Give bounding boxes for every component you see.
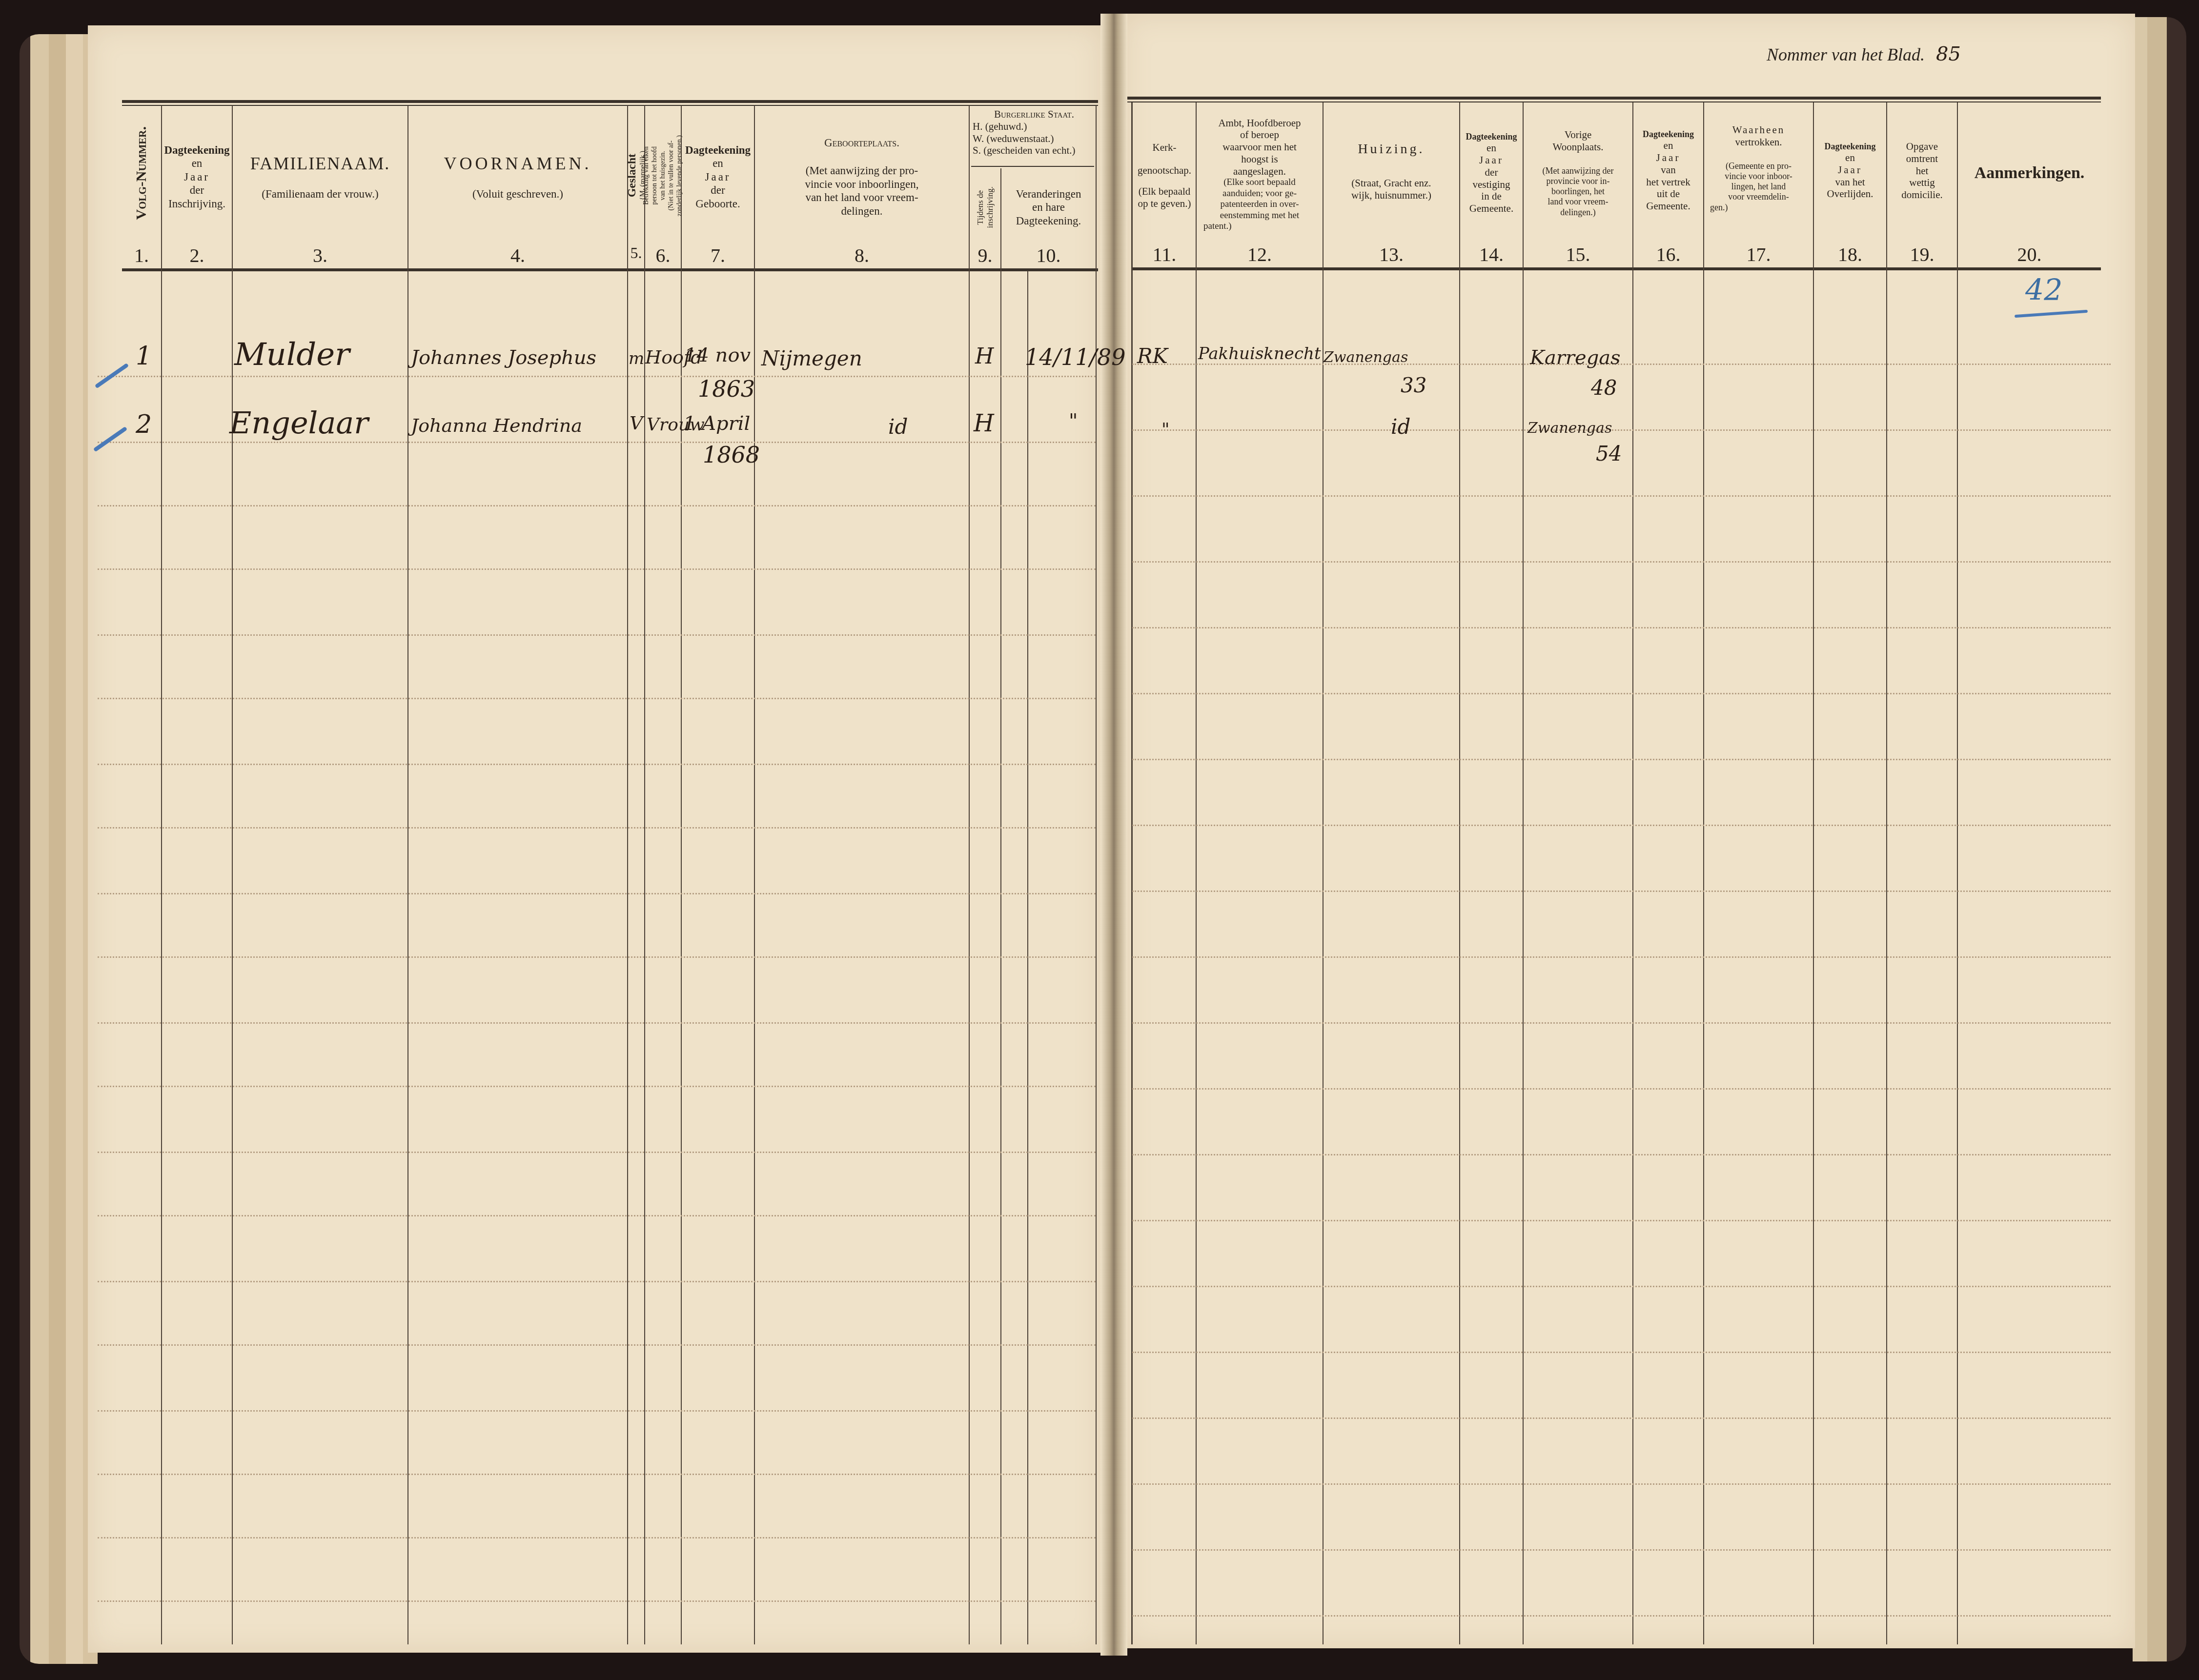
row-line [98,956,1096,958]
header-text: en [1664,140,1673,152]
col-divider [754,105,755,1644]
header-text: wettig [1909,177,1935,189]
header-col-18: Dagteekening en Jaar van het Overlijden. [1814,117,1886,224]
header-top-rule-right-thin [1127,101,2101,102]
row-line [1132,1483,2111,1485]
header-text: (Met aanwijzing der [1543,166,1614,176]
header-text: Dagteekening [1825,142,1876,152]
entry-beroep: Pakhuisknecht [1198,344,1321,364]
row-line [1132,891,2111,892]
header-text: vincie voor inboor- [1725,171,1792,182]
header-text: Aanmerkingen. [1975,163,2085,184]
header-text: van het huisgezin. [659,151,667,200]
col-number: 12. [1197,243,1323,263]
header-text: S. (gescheiden van echt.) [973,144,1096,157]
entry-voornamen: Johannes Josephus [411,346,596,369]
entry-familienaam: Engelaar [229,405,368,441]
row-line [98,1537,1096,1538]
header-text: Burgerlijke Staat. [973,108,1096,121]
header-text: eenstemming met het [1220,210,1300,221]
header-text: Vorige [1565,129,1592,141]
header-text: waarvoor men het [1222,141,1297,153]
header-text: wijk, huisnummer.) [1351,189,1431,202]
header-text: lingen, het land [1731,182,1786,192]
header-bottom-rule-right [1132,267,2101,270]
col-number: 6. [645,244,681,263]
col-divider [1957,102,1958,1644]
header-col-3-title: FAMILIENAAM. [250,153,390,174]
col-number: 10. [1001,244,1096,263]
header-text: delingen. [841,204,883,218]
book-edge-right [2133,17,2186,1661]
row-line [1132,956,2111,958]
header-text: patenteerden in over- [1220,199,1299,210]
header-text: Kerk- [1153,142,1177,154]
col-number: 17. [1704,243,1813,263]
header-text: van het [1835,176,1865,188]
row-line [1132,1615,2111,1617]
entry-burgerlijke-staat: H [975,344,994,369]
header-text: delingen.) [1560,207,1595,218]
row-line [98,1474,1096,1475]
header-text: Gemeente. [1646,200,1690,212]
col-divider [627,105,628,1644]
header-col-15: Vorige Woonplaats. (Met aanwijzing der p… [1524,112,1632,234]
header-col-6: Betrekking van elken persoon tot het hoo… [645,107,681,244]
header-text: Veranderingen [1016,187,1081,201]
col-number: 20. [1958,243,2101,263]
row-line [1132,1549,2111,1551]
header-col-1: Volg-Nummer. [122,112,161,234]
header-col-12: Ambt, Hoofdberoep of beroep waarvoor men… [1197,105,1323,244]
col-divider [1703,102,1704,1644]
entry-geboorte-jaar: 1863 [698,376,755,402]
header-text: boorlingen, het [1551,186,1605,197]
row-line [98,764,1096,765]
header-text: Huizing. [1358,141,1425,158]
header-text: vertrokken. [1735,136,1782,148]
row-line [98,1215,1096,1216]
entry-geboorte-dag: 1 April [683,412,750,435]
row-line [98,505,1096,506]
col-divider [1523,102,1524,1644]
row-line [98,1281,1096,1282]
header-col-14: Dagteekening en Jaar der vestiging in de… [1460,112,1523,234]
header-text: Jaar [1479,154,1504,166]
row-line [98,1344,1096,1346]
header-text: domicilie. [1901,189,1943,201]
entry-kerkgenootschap: RK [1137,344,1168,368]
row-line [1132,693,2111,694]
header-col-4: VOORNAMEN. (Voluit geschreven.) [408,112,627,242]
header-text: Geboorte. [695,197,740,211]
header-text: der [1485,166,1498,179]
entry-geslacht: m [629,349,644,368]
header-col-4-title: VOORNAMEN. [444,153,592,174]
entry-huizing-straat: Zwanengas [1323,349,1408,366]
book-spine [1100,14,1127,1656]
row-line [98,1600,1096,1602]
row-line [1132,1352,2111,1353]
header-text: het [1916,165,1929,177]
row-line [98,634,1096,636]
row-line [98,442,1096,443]
col-divider [161,105,162,1644]
header-text: (Gemeente en pro- [1726,161,1792,171]
header-col-19: Opgave omtrent het wettig domicilie. [1887,117,1957,224]
col-divider [681,105,682,1644]
row-line [1132,561,2111,563]
col-number: 1. [122,244,161,263]
book-edge-left [20,34,98,1664]
header-text: omtrent [1906,153,1938,165]
header-top-rule-left-thin [122,105,1098,106]
header-text: (Elk bepaald [1139,185,1191,198]
header-text: Jaar [705,170,731,184]
row-line [1132,495,2111,497]
header-text: (Straat, Gracht enz. [1351,177,1431,189]
entry-vorige-nr: 54 [1596,442,1622,466]
row-line [98,893,1096,894]
header-text: Betrekking van elken [643,146,651,205]
col-number: 18. [1814,243,1886,263]
page-number-label: Nommer van het Blad. [1767,45,1925,64]
col-number: 15. [1524,243,1632,263]
header-col-5: Geslacht {M. (mannelijk.) [628,107,644,244]
entry-veranderingen: 14/11/89 [1025,344,1126,370]
header-text: der [711,183,725,197]
entry-vorige-woonplaats: Karregas [1530,346,1621,369]
col-divider [232,105,233,1644]
row-line [98,698,1096,699]
header-text: patent.) [1200,221,1232,232]
header-bottom-rule-left [122,268,1098,271]
header-text: Geboorteplaats. [824,136,899,150]
header-text: W. (weduwenstaat.) [973,133,1096,145]
row-line [1132,364,2111,365]
header-text: op te geven.) [1138,198,1191,210]
header-text: (Elke soort bepaald [1223,177,1296,188]
col-number: 8. [755,244,969,263]
row-line [1132,1022,2111,1024]
header-col-2: Dagteekening en Jaar der Inschrijving. [162,112,232,242]
header-text: Jaar [184,170,210,184]
header-col-11: Kerk- genootschap. (Elk bepaald op te ge… [1133,107,1196,244]
header-text: Woonplaats. [1553,141,1604,153]
header-text: Dagteekening [685,143,751,157]
col-divider [969,105,970,1644]
header-text: vestiging [1473,179,1510,191]
header-text: provincie voor in- [1547,176,1610,186]
col-number: 9. [970,244,1000,263]
entry-kerkgenootschap: " [1161,420,1170,440]
header-text: Jaar [1838,164,1862,176]
header-col-10: Veranderingen en hare Dagteekening. [1001,171,1096,244]
row-line [1132,1220,2111,1221]
entry-geboorte-dag: 14 nov [684,344,751,366]
header-text: Tijdens de [976,190,985,225]
entry-veranderingen: " [1069,410,1078,432]
col-number: 7. [682,244,754,263]
col-number: 11. [1133,243,1196,263]
folio-annotation: 42 [2025,273,2062,307]
header-col-4-sub: (Voluit geschreven.) [472,187,563,201]
col-divider [1196,102,1197,1644]
row-line [98,827,1096,829]
entry-voornamen: Johanna Hendrina [411,415,582,436]
header-text: H. (gehuwd.) [973,121,1096,133]
header-text: Gemeente. [1469,202,1513,215]
header-text: Jaar [1656,152,1681,164]
header-col-3-sub: (Familienaam der vrouw.) [262,187,378,201]
header-text: (Met aanwijzing der pro- [806,164,918,178]
col-number: 14. [1460,243,1523,263]
brace-line [971,166,1094,167]
col-divider [644,105,645,1644]
row-line [98,1410,1096,1412]
header-text: voor vreemdelin- [1728,192,1789,202]
row-line [98,568,1096,570]
col-divider [1813,102,1814,1644]
entry-geboorteplaats: id [888,415,908,439]
row-line [1132,627,2111,628]
header-text: hoogst is [1241,153,1278,165]
header-burgerlijke-staat: Burgerlijke Staat. H. (gehuwd.) W. (wedu… [970,108,1096,157]
header-text: (Niet in te vullen voor af- [668,141,675,210]
header-text: in de [1481,190,1501,202]
header-text: Geslacht [626,154,639,197]
header-text: der [190,183,204,197]
row-line [98,1022,1096,1024]
header-text: genootschap. [1138,164,1191,177]
header-text: van het land voor vreem- [805,191,918,204]
col-divider [1632,102,1633,1644]
col-divider [407,105,408,1644]
entry-geboorteplaats: Nijmegen [761,346,862,370]
row-line [98,1152,1096,1153]
header-col-3: FAMILIENAAM. (Familienaam der vrouw.) [233,112,407,242]
header-col-17: Waarheen vertrokken. (Gemeente en pro- v… [1704,110,1813,227]
row-line [1132,1417,2111,1419]
header-col-13: Huizing. (Straat, Gracht enz. wijk, huis… [1323,112,1459,229]
col-number: 16. [1633,243,1703,263]
header-text: Overlijden. [1827,188,1873,200]
row-line [1132,825,2111,826]
page-number-value: 85 [1936,43,1961,65]
row-line [98,376,1096,377]
header-text: van [1661,164,1675,176]
row-line [1132,1286,2111,1287]
row-line [1132,759,2111,760]
page-number: Nommer van het Blad. 85 [1767,43,1961,65]
col-number: 4. [408,244,627,263]
header-text: het vertrek [1646,176,1690,188]
entry-volgnummer: 1 [136,342,152,371]
row-line [98,1086,1096,1087]
header-text: Opgave [1906,141,1938,153]
entry-volgnummer: 2 [136,410,152,439]
header-col-7: Dagteekening en Jaar der Geboorte. [682,112,754,242]
entry-huizing-nr: 33 [1401,373,1426,397]
col-number: 3. [233,244,407,263]
header-text: vincie voor inboorlingen, [805,178,918,191]
header-text: en [1486,142,1496,154]
header-text: Dagteekening. [1016,214,1081,228]
entry-burgerlijke-staat: H [974,410,994,437]
header-col-1-title: Volg-Nummer. [133,126,150,220]
header-text: Inschrijving. [168,197,225,211]
header-text: of beroep [1240,129,1279,141]
header-top-rule-left [122,100,1098,103]
header-text: Ambt, Hoofdberoep [1218,117,1301,129]
entry-vorige-woonplaats: Zwanengas [1527,420,1612,437]
header-text: en [192,157,203,170]
col-divider [1886,102,1887,1644]
entry-huizing-straat: id [1391,415,1410,439]
col-number: 5. [627,244,645,263]
header-text: persoon tot het hoofd [651,146,659,204]
col-number: 19. [1887,243,1957,263]
header-col-20: Aanmerkingen. [1958,107,2101,239]
header-text: en [713,157,723,170]
row-line [1132,1154,2111,1155]
header-col-8: Geboorteplaats. (Met aanwijzing der pro-… [755,112,969,242]
col-divider [1131,102,1133,1644]
header-text: en hare [1032,201,1065,214]
header-text: en [1845,152,1855,164]
header-text: Dagteekening [1466,132,1517,142]
row-line [1132,429,2111,431]
col-divider [1096,105,1097,1644]
entry-geslacht: V [630,412,643,434]
header-text: aangeslagen. [1233,165,1286,178]
col-number: 2. [162,244,232,263]
header-text: Dagteekening [1643,129,1694,140]
header-text: Waarheen [1732,124,1785,136]
col-number: 13. [1323,243,1459,263]
header-col-16: Dagteekening en Jaar van het vertrek uit… [1633,112,1703,229]
row-line [1132,1088,2111,1090]
col-divider [1323,102,1323,1644]
col-divider [1000,168,1001,1644]
col-divider [1459,102,1460,1644]
header-text: land voor vreem- [1548,197,1609,207]
header-text: uit de [1657,188,1680,200]
entry-familienaam: Mulder [234,337,350,373]
header-col-9: Tijdens de inschrijving. [970,171,1000,244]
header-top-rule-right [1127,97,2101,100]
header-text: gen.) [1707,202,1728,213]
header-text: Dagteekening [164,143,229,157]
header-text: aanduiden; voor ge- [1222,188,1297,199]
entry-vorige-nr: 48 [1591,376,1617,400]
header-text: inschrijving. [985,186,995,228]
entry-geboorte-jaar: 1868 [703,442,760,468]
